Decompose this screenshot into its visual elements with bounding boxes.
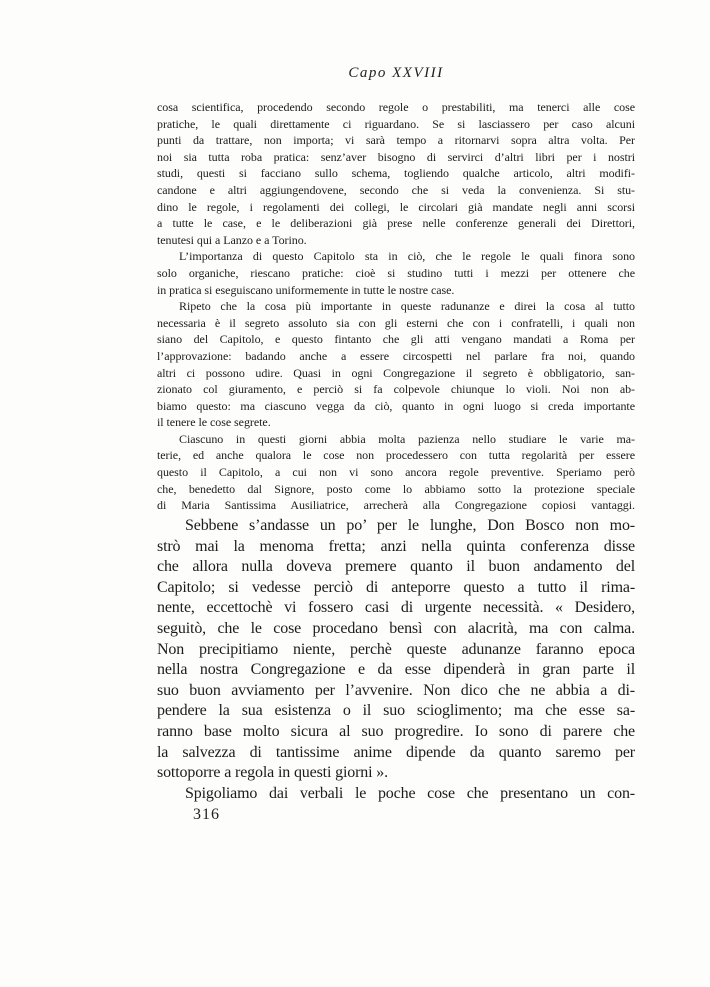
excerpt-line: in pratica si eseguiscano uniformemente …: [157, 282, 635, 299]
body-line: Sebbene s’andasse un po’ per le lunghe, …: [157, 516, 635, 537]
body-line: pendere la sua esistenza o il suo sciogl…: [157, 701, 635, 722]
excerpt-line: questo il Capitolo, a cui non vi sono an…: [157, 464, 635, 481]
excerpt-line: solo organiche, riescano pratiche: cioè …: [157, 265, 635, 282]
body-line: nente, eccettochè vi fossero casi di urg…: [157, 598, 635, 619]
excerpt-line: studi, questi si facciano sullo schema, …: [157, 165, 635, 182]
page-number: 316: [193, 806, 220, 824]
body-line: ranno base molto sicura al suo progredir…: [157, 722, 635, 743]
excerpt-line: necessaria è il segreto assoluto sia con…: [157, 315, 635, 332]
excerpt-line: noi sia tutta roba pratica: senz’aver bi…: [157, 149, 635, 166]
body-line: seguitò, che le cose procedano bensì con…: [157, 619, 635, 640]
excerpt-line: zionato col giuramento, e perciò si fa c…: [157, 381, 635, 398]
body-line: che allora nulla doveva premere quanto i…: [157, 557, 635, 578]
excerpt-line: pratiche, le quali direttamente ci rigua…: [157, 116, 635, 133]
excerpt-line: l’approvazione: badando anche a essere c…: [157, 348, 635, 365]
excerpt-line: che, benedetto dal Signore, posto come l…: [157, 481, 635, 498]
excerpt-line: L’importanza di questo Capitolo sta in c…: [157, 248, 635, 265]
running-head: Capo XXVIII: [157, 65, 635, 82]
excerpt-line: terie, ed anche qualora le cose non proc…: [157, 447, 635, 464]
excerpt-block: cosa scientifica, procedendo secondo reg…: [157, 99, 635, 514]
excerpt-line: dino le regole, i regolamenti dei colleg…: [157, 199, 635, 216]
body-line: sottoporre a regola in questi giorni ».: [157, 763, 635, 784]
body-line: Non precipitiamo niente, perchè queste a…: [157, 640, 635, 661]
scanned-book-page: Capo XXVIII cosa scientifica, procedendo…: [0, 0, 710, 987]
body-line: Spigoliamo dai verbali le poche cose che…: [157, 784, 635, 805]
body-line: suo buon avviamento per l’avvenire. Non …: [157, 681, 635, 702]
excerpt-line: siano del Capitolo, e questo fintanto ch…: [157, 331, 635, 348]
body-line: Capitolo; si vedesse perciò di anteporre…: [157, 578, 635, 599]
excerpt-line: il tenere le cose segrete.: [157, 414, 635, 431]
excerpt-line: Ripeto che la cosa più importante in que…: [157, 298, 635, 315]
body-text-block: Sebbene s’andasse un po’ per le lunghe, …: [157, 516, 635, 804]
excerpt-line: altri ci possono udire. Quasi in ogni Co…: [157, 365, 635, 382]
excerpt-line: di Maria Santissima Ausiliatrice, arrech…: [157, 497, 635, 514]
excerpt-line: candone e altri aggiungendovene, secondo…: [157, 182, 635, 199]
excerpt-line: tenutesi qui a Lanzo e a Torino.: [157, 232, 635, 249]
excerpt-line: punti da trattare, non importa; vi sarà …: [157, 132, 635, 149]
excerpt-line: cosa scientifica, procedendo secondo reg…: [157, 99, 635, 116]
body-line: la salvezza di tantissime anime dipende …: [157, 743, 635, 764]
excerpt-line: biamo questo: ma ciascuno vegga da ciò, …: [157, 398, 635, 415]
excerpt-line: Ciascuno in questi giorni abbia molta pa…: [157, 431, 635, 448]
body-line: strò mai la menoma fretta; anzi nella qu…: [157, 537, 635, 558]
excerpt-line: a tutte le case, e le deliberazioni già …: [157, 215, 635, 232]
body-line: nella nostra Congregazione e da esse dip…: [157, 660, 635, 681]
